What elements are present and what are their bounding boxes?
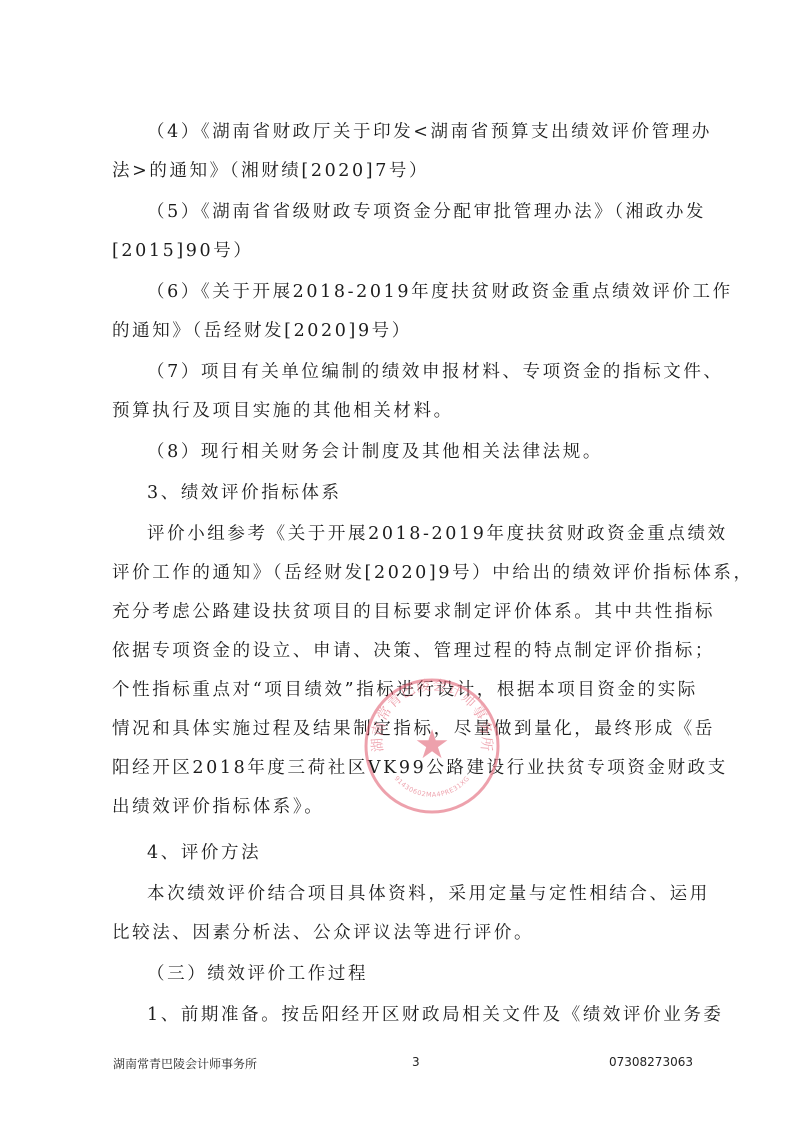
text-line: 评价工作的通知》（岳经财发[2020]9号）中给出的绩效评价指标体系，	[112, 562, 684, 584]
text-line: 充分考虑公路建设扶贫项目的目标要求制定评价体系。其中共性指标	[112, 601, 684, 623]
footer-page-number: 3	[412, 1055, 420, 1069]
text-line: 法>的通知》（湘财绩[2020]7号）	[112, 160, 684, 182]
footer-firm-name: 湖南常青巴陵会计师事务所	[113, 1055, 257, 1072]
text-line: 出绩效评价指标体系》。	[112, 796, 684, 818]
text-line: 阳经开区2018年度三荷社区VK99公路建设行业扶贫专项资金财政支	[112, 757, 684, 779]
document-page: （4）《湖南省财政厅关于印发<湖南省预算支出绩效评价管理办法>的通知》（湘财绩[…	[0, 0, 793, 1121]
text-line: （6）《关于开展2018-2019年度扶贫财政资金重点绩效评价工作	[147, 281, 684, 303]
text-line: 本次绩效评价结合项目具体资料，采用定量与定性相结合、运用	[147, 883, 684, 905]
text-line: （4）《湖南省财政厅关于印发<湖南省预算支出绩效评价管理办	[147, 121, 684, 143]
text-line: 3、绩效评价指标体系	[147, 482, 684, 504]
text-line: 个性指标重点对“项目绩效”指标进行设计，根据本项目资金的实际	[112, 679, 684, 701]
text-line: 评价小组参考《关于开展2018-2019年度扶贫财政资金重点绩效	[147, 523, 684, 545]
text-line: 4、评价方法	[147, 842, 684, 864]
text-line: 情况和具体实施过程及结果制定指标，尽量做到量化，最终形成《岳	[112, 718, 684, 740]
text-line: 的通知》（岳经财发[2020]9号）	[112, 320, 684, 342]
text-line: 预算执行及项目实施的其他相关材料。	[112, 400, 684, 422]
text-line: 比较法、因素分析法、公众评议法等进行评价。	[112, 922, 684, 944]
footer-phone: 07308273063	[609, 1055, 693, 1069]
text-line: （7）项目有关单位编制的绩效申报材料、专项资金的指标文件、	[147, 361, 684, 383]
text-line: （5）《湖南省省级财政专项资金分配审批管理办法》（湘政办发	[147, 201, 684, 223]
text-line: 1、前期准备。按岳阳经开区财政局相关文件及《绩效评价业务委	[147, 1004, 684, 1026]
text-line: 依据专项资金的设立、申请、决策、管理过程的特点制定评价指标；	[112, 640, 684, 662]
text-line: [2015]90号）	[112, 240, 684, 262]
text-line: （三）绩效评价工作过程	[147, 963, 684, 985]
text-line: （8）现行相关财务会计制度及其他相关法律法规。	[147, 441, 684, 463]
